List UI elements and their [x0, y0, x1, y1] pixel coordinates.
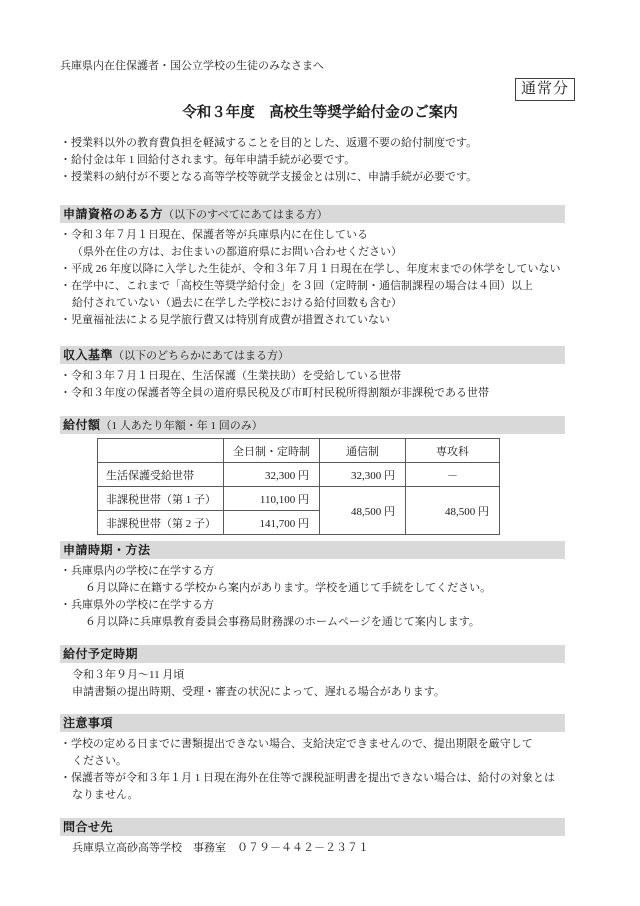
section-heading-note: （以下のすべてにあてはまる方）: [163, 209, 328, 221]
stamp-row: 通常分: [60, 78, 575, 102]
section-body: ・兵庫県内の学校に在学する方 ６月以降に在籍する学校から案内があります。学校を通…: [60, 563, 580, 631]
table-row: 生活保護受給世帯 32,300 円 32,300 円 －: [98, 463, 500, 487]
intro-bullet: ・授業料以外の教育費負担を軽減することを目的とした、返還不要の給付制度です。: [60, 135, 580, 152]
body-line: （県外在住の方は、お住まいの都道府県にお問い合わせください）: [60, 244, 580, 261]
section-heading-bar: 注意事項: [60, 714, 565, 732]
contact-line: 兵庫県立高砂高等学校 事務室 ０７９－４４２－２３７１: [60, 840, 580, 857]
section-body: ・令和３年７月１日現在、保護者等が兵庫県内に在住している （県外在住の方は、お住…: [60, 227, 580, 329]
header-cell-full-day: 全日制・定時制: [224, 439, 320, 463]
body-line: 令和３年９月～11 月頃: [60, 667, 580, 684]
section-heading-bar: 給付額（1 人あたり年額・年 1 回のみ）: [60, 416, 565, 434]
intro-bullet: ・給付金は年 1 回給付されます。毎年申請手続が必要です。: [60, 152, 580, 169]
document-page: 兵庫県内在住保護者・国公立学校の生徒のみなさまへ 通常分 令和３年度 高校生等奨…: [0, 0, 640, 906]
body-line: 申請書類の提出時期、受理・審査の状況によって、遅れる場合があります。: [60, 684, 580, 701]
body-line: ください。: [60, 753, 580, 770]
section-heading: 給付額: [63, 418, 101, 432]
section-heading-bar: 申請時期・方法: [60, 541, 565, 559]
body-line: ・兵庫県外の学校に在学する方: [60, 597, 580, 614]
body-line: ・令和３年７月１日現在、生活保護（生業扶助）を受給している世帯: [60, 368, 580, 385]
section-body: ・学校の定める日までに書類提出できない場合、支給決定できませんので、提出期限を厳…: [60, 736, 580, 804]
intro-bullet: ・授業料の納付が不要となる高等学校等就学支援金とは別に、申請手続が必要です。: [60, 169, 580, 186]
audience-line: 兵庫県内在住保護者・国公立学校の生徒のみなさまへ: [60, 58, 580, 75]
section-payment-schedule: 給付予定時期 令和３年９月～11 月頃 申請書類の提出時期、受理・審査の状況によ…: [60, 645, 580, 701]
body-line: ・学校の定める日までに書類提出できない場合、支給決定できませんので、提出期限を厳…: [60, 736, 580, 753]
amount-cell: －: [406, 463, 500, 487]
section-contact: 問合せ先 兵庫県立高砂高等学校 事務室 ０７９－４４２－２３７１: [60, 818, 580, 857]
header-cell-correspondence: 通信制: [320, 439, 406, 463]
section-heading-bar: 給付予定時期: [60, 645, 565, 663]
section-heading: 申請資格のある方: [63, 207, 163, 221]
section-heading: 申請時期・方法: [63, 543, 151, 557]
section-heading-note: （以下のどちらかにあてはまる方）: [113, 350, 289, 362]
section-application: 申請時期・方法 ・兵庫県内の学校に在学する方 ６月以降に在籍する学校から案内があ…: [60, 541, 580, 631]
section-eligibility: 申請資格のある方（以下のすべてにあてはまる方） ・令和３年７月１日現在、保護者等…: [60, 205, 580, 329]
section-income-criteria: 収入基準（以下のどちらかにあてはまる方） ・令和３年７月１日現在、生活保護（生業…: [60, 346, 580, 402]
body-line: ・児童福祉法による見学旅行費又は特別育成費が措置されていない: [60, 312, 580, 329]
body-line: ６月以降に在籍する学校から案内があります。学校を通じて手続をしてください。: [60, 580, 580, 597]
body-line: 給付されていない（過去に在学した学校における給付回数も含む）: [60, 295, 580, 312]
section-heading-bar: 申請資格のある方（以下のすべてにあてはまる方）: [60, 205, 565, 223]
body-line: なりません。: [60, 787, 580, 804]
section-heading: 収入基準: [63, 348, 113, 362]
body-line: ・在学中に、これまで「高校生等奨学給付金」を３回（定時制・通信制課程の場合は４回…: [60, 278, 580, 295]
row-label: 非課税世帯（第 1 子）: [98, 487, 224, 511]
amount-cell-merged: 48,500 円: [406, 487, 500, 535]
section-notes: 注意事項 ・学校の定める日までに書類提出できない場合、支給決定できませんので、提…: [60, 714, 580, 804]
body-line: ６月以降に兵庫県教育委員会事務局財務課のホームページを通じて案内します。: [60, 614, 580, 631]
amount-cell: 32,300 円: [320, 463, 406, 487]
header-cell-senkoka: 専攻科: [406, 439, 500, 463]
section-heading-bar: 問合せ先: [60, 818, 565, 836]
section-heading-note: （1 人あたり年額・年 1 回のみ）: [101, 420, 263, 432]
body-line: ・兵庫県内の学校に在学する方: [60, 563, 580, 580]
section-body: ・令和３年７月１日現在、生活保護（生業扶助）を受給している世帯 ・令和３年度の保…: [60, 368, 580, 402]
stamp-box: 通常分: [515, 78, 575, 101]
header-cell-blank: [98, 439, 224, 463]
section-heading: 問合せ先: [63, 820, 113, 834]
intro-bullets: ・授業料以外の教育費負担を軽減することを目的とした、返還不要の給付制度です。 ・…: [60, 135, 580, 186]
row-label: 非課税世帯（第 2 子）: [98, 511, 224, 535]
body-line: ・令和３年度の保護者等全員の道府県民税及び市町村民税所得割額が非課税である世帯: [60, 385, 580, 402]
grant-amount-table: 全日制・定時制 通信制 専攻科 生活保護受給世帯 32,300 円 32,300…: [97, 438, 500, 535]
body-line: ・平成 26 年度以降に入学した生徒が、令和３年７月１日現在在学し、年度末までの…: [60, 261, 580, 278]
section-body: 兵庫県立高砂高等学校 事務室 ０７９－４４２－２３７１: [60, 840, 580, 857]
page-title: 令和３年度 高校生等奨学給付金のご案内: [60, 104, 580, 122]
body-line: ・保護者等が令和３年１月 1 日現在海外在住等で課税証明書を提出できない場合は、…: [60, 770, 580, 787]
table-row: 非課税世帯（第 1 子） 110,100 円 48,500 円 48,500 円: [98, 487, 500, 511]
amount-cell: 32,300 円: [224, 463, 320, 487]
section-body: 令和３年９月～11 月頃 申請書類の提出時期、受理・審査の状況によって、遅れる場…: [60, 667, 580, 701]
amount-cell-merged: 48,500 円: [320, 487, 406, 535]
row-label: 生活保護受給世帯: [98, 463, 224, 487]
table-header-row: 全日制・定時制 通信制 専攻科: [98, 439, 500, 463]
section-heading: 注意事項: [63, 716, 113, 730]
section-grant-amount: 給付額（1 人あたり年額・年 1 回のみ） 全日制・定時制 通信制 専攻科 生活…: [60, 416, 580, 535]
body-line: ・令和３年７月１日現在、保護者等が兵庫県内に在住している: [60, 227, 580, 244]
amount-cell: 110,100 円: [224, 487, 320, 511]
section-heading-bar: 収入基準（以下のどちらかにあてはまる方）: [60, 346, 565, 364]
amount-cell: 141,700 円: [224, 511, 320, 535]
section-heading: 給付予定時期: [63, 647, 138, 661]
